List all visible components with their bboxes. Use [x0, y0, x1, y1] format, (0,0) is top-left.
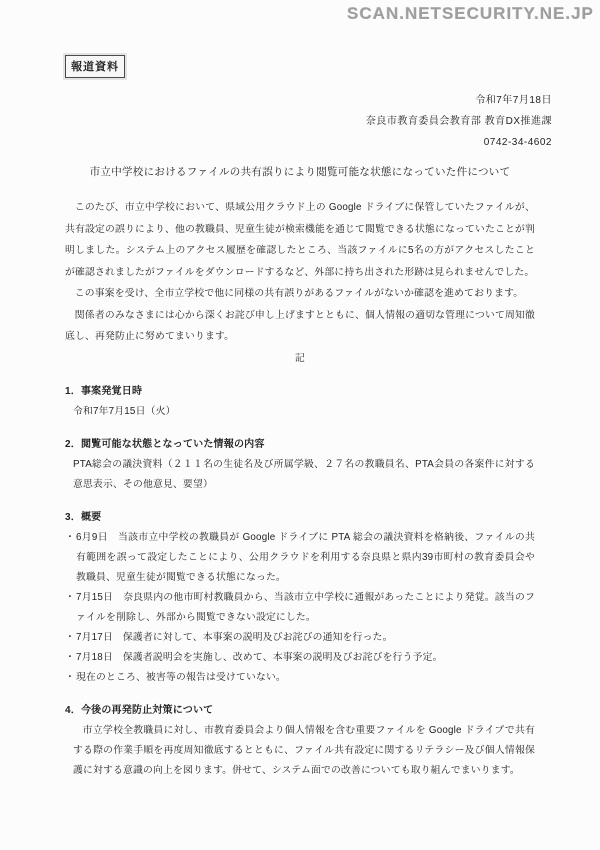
- record-marker: 記: [65, 348, 535, 370]
- issue-date: 令和7年7月18日: [366, 90, 552, 111]
- timeline-item: 現在のところ、被害等の報告は受けていない。: [65, 668, 535, 688]
- section-overview: 3．概要 6月9日 当該市立中学校の教職員が Google ドライブに PTA …: [65, 508, 535, 688]
- document-header: 令和7年7月18日 奈良市教育委員会教育部 教育DX推進課 0742-34-46…: [366, 90, 552, 153]
- timeline-item: 7月17日 保護者に対して、本事案の説明及びお詫びの通知を行った。: [65, 628, 535, 648]
- document-title: 市立中学校におけるファイルの共有誤りにより閲覧可能な状態になっていた件について: [0, 164, 600, 179]
- section-heading: 4．今後の再発防止対策について: [65, 701, 535, 721]
- section-body: PTA総会の議決資料（２１１名の生徒名及び所属学級、２７名の教職員名、PTA会員…: [65, 455, 535, 495]
- overview-timeline: 6月9日 当該市立中学校の教職員が Google ドライブに PTA 総会の議決…: [65, 528, 535, 688]
- scan-watermark: SCAN.NETSECURITY.NE.JP: [347, 4, 594, 24]
- timeline-item: 7月18日 保護者説明会を実施し、改めて、本事案の説明及びお詫びを行う予定。: [65, 648, 535, 668]
- document-body: このたび、市立中学校において、県域公用クラウド上の Google ドライブに保管…: [65, 197, 535, 781]
- timeline-item: 7月15日 奈良県内の他市町村教職員から、当該市立中学校に通報があったことにより…: [65, 588, 535, 628]
- intro-paragraph-2: この事案を受け、全市立学校で他に同様の共有誤りがあるファイルがないか確認を進めて…: [65, 283, 535, 305]
- doc-type-label: 報道資料: [65, 55, 125, 78]
- section-incident-date: 1．事案発覚日時 令和7年7月15日（火）: [65, 382, 535, 422]
- contact-phone: 0742-34-4602: [366, 132, 552, 153]
- press-release-page: SCAN.NETSECURITY.NE.JP 報道資料 令和7年7月18日 奈良…: [0, 0, 600, 850]
- section-heading: 1．事案発覚日時: [65, 382, 535, 402]
- timeline-item: 6月9日 当該市立中学校の教職員が Google ドライブに PTA 総会の議決…: [65, 528, 535, 588]
- section-prevention-measures: 4．今後の再発防止対策について 市立学校全教職員に対し、市教育委員会より個人情報…: [65, 701, 535, 781]
- section-heading: 2．閲覧可能な状態となっていた情報の内容: [65, 435, 535, 455]
- section-heading: 3．概要: [65, 508, 535, 528]
- section-body: 市立学校全教職員に対し、市教育委員会より個人情報を含む重要ファイルを Googl…: [65, 721, 535, 781]
- intro-paragraph-1: このたび、市立中学校において、県域公用クラウド上の Google ドライブに保管…: [65, 197, 535, 283]
- issuing-organization: 奈良市教育委員会教育部 教育DX推進課: [366, 111, 552, 132]
- section-exposed-information: 2．閲覧可能な状態となっていた情報の内容 PTA総会の議決資料（２１１名の生徒名…: [65, 435, 535, 495]
- section-body: 令和7年7月15日（火）: [65, 402, 535, 422]
- intro-paragraph-3: 関係者のみなさまには心から深くお詫び申し上げますとともに、個人情報の適切な管理に…: [65, 305, 535, 348]
